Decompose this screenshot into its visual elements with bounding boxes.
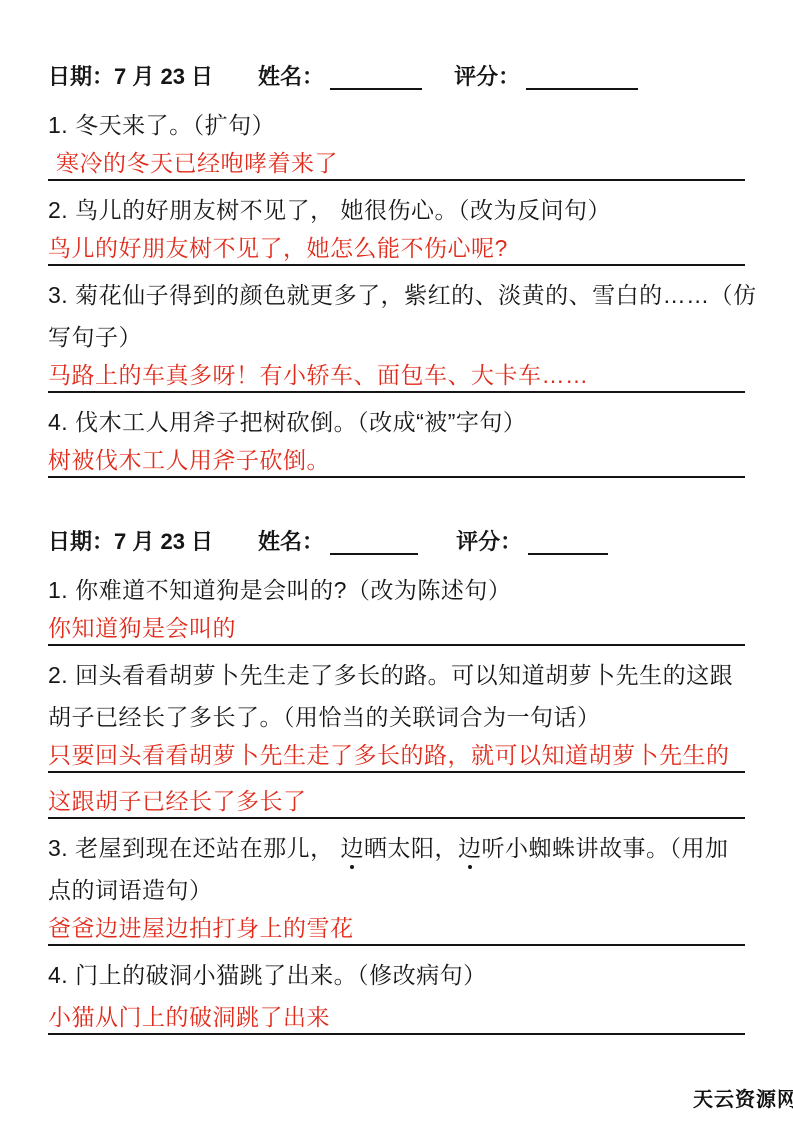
section2-name-group: 姓名： — [258, 528, 418, 555]
section1-score-blank — [526, 68, 638, 90]
worksheet-page: 日期：7 月 23 日 姓名： 评分： 1. 冬天来了。（扩句） 寒冷的冬天已经… — [0, 0, 793, 1122]
section1-answer-4: 树被伐木工人用斧子砍倒。 — [48, 447, 745, 478]
section2-question-3-line1: 3. 老屋到现在还站在那儿， 边晒太阳，边听小蜘蛛讲故事。（用加 — [48, 835, 745, 862]
section1-name-group: 姓名： — [258, 63, 422, 90]
section2-question-3-emphasized-char-1: 边 — [340, 835, 364, 862]
section1-question-4: 4. 伐木工人用斧子把树砍倒。（改成“被”字句） — [48, 409, 745, 436]
section1-question-3-line1: 3. 菊花仙子得到的颜色就更多了，紫红的、淡黄的、雪白的……（仿 — [48, 282, 745, 309]
section1-date: 日期：7 月 23 日 — [48, 63, 213, 90]
section2-score-group: 评分： — [456, 528, 608, 555]
section2-name-label: 姓名： — [258, 528, 324, 555]
section1-header: 日期：7 月 23 日 姓名： 评分： — [48, 63, 745, 90]
watermark-text: 天云资源网 — [693, 1083, 793, 1112]
section2-answer-2-line2: 这跟胡子已经长了多长了 — [48, 788, 745, 819]
section2-question-3-part2: 晒太阳， — [364, 835, 458, 861]
section1-score-label: 评分： — [454, 63, 520, 90]
section1-answer-1: 寒冷的冬天已经咆哮着来了 — [48, 150, 745, 181]
section1-answer-3: 马路上的车真多呀！有小轿车、面包车、大卡车…… — [48, 362, 745, 393]
section2-question-3-part3: 听小蜘蛛讲故事。（用加 — [481, 835, 728, 861]
section1-answer-2: 鸟儿的好朋友树不见了，她怎么能不伤心呢? — [48, 235, 745, 266]
section2-name-blank — [330, 533, 418, 555]
section2-answer-1: 你知道狗是会叫的 — [48, 615, 745, 646]
section2-header: 日期：7 月 23 日 姓名： 评分： — [48, 528, 745, 555]
section2-question-3-line2: 点的词语造句） — [48, 877, 745, 904]
section2-question-4: 4. 门上的破洞小猫跳了出来。（修改病句） — [48, 962, 745, 989]
section1-question-2: 2. 鸟儿的好朋友树不见了， 她很伤心。（改为反问句） — [48, 197, 745, 224]
section2-answer-3: 爸爸边进屋边拍打身上的雪花 — [48, 915, 745, 946]
section2-question-2-line2: 胡子已经长了多长了。（用恰当的关联词合为一句话） — [48, 704, 745, 731]
section2-date: 日期：7 月 23 日 — [48, 528, 213, 555]
section1-name-blank — [330, 68, 422, 90]
section2-score-blank — [528, 533, 608, 555]
section1-name-label: 姓名： — [258, 63, 324, 90]
section2-question-1: 1. 你难道不知道狗是会叫的?（改为陈述句） — [48, 577, 745, 604]
worksheet-content: 日期：7 月 23 日 姓名： 评分： 1. 冬天来了。（扩句） 寒冷的冬天已经… — [48, 63, 745, 1035]
section1-question-1: 1. 冬天来了。（扩句） — [48, 112, 745, 139]
section2-score-label: 评分： — [456, 528, 522, 555]
section1-question-3-line2: 写句子） — [48, 324, 745, 351]
section2-question-3-emphasized-char-2: 边 — [458, 835, 482, 862]
section1-score-group: 评分： — [454, 63, 638, 90]
section2-question-3-part1: 3. 老屋到现在还站在那儿， — [48, 835, 340, 861]
section2-answer-4: 小猫从门上的破洞跳了出来 — [48, 1004, 745, 1035]
section2-question-2-line1: 2. 回头看看胡萝卜先生走了多长的路。可以知道胡萝卜先生的这跟 — [48, 662, 745, 689]
section1-answer-1-text: 寒冷的冬天已经咆哮着来了 — [48, 150, 338, 176]
section2-answer-2-line1: 只要回头看看胡萝卜先生走了多长的路，就可以知道胡萝卜先生的 — [48, 742, 745, 773]
